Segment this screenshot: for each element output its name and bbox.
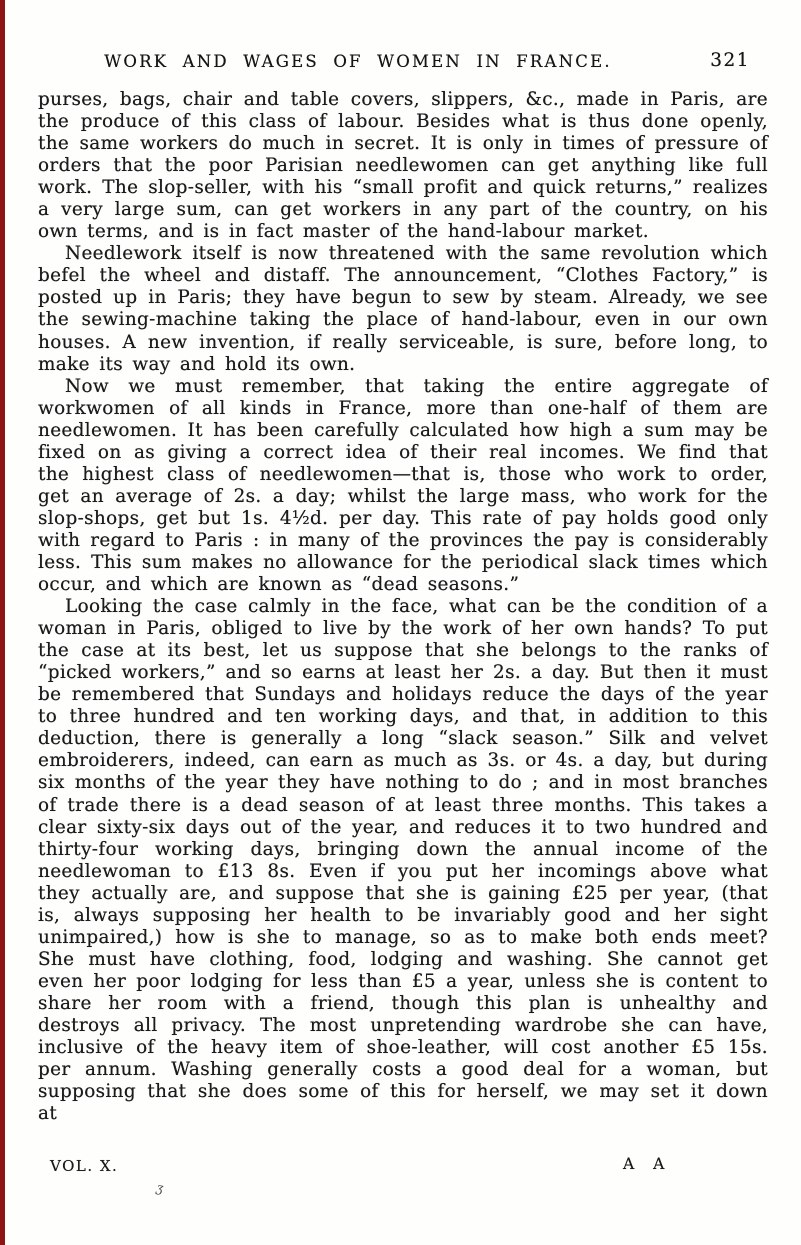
paragraph-4: Looking the case calmly in the face, wha…: [38, 596, 768, 1125]
running-title: WORK AND WAGES OF WOMEN IN FRANCE.: [38, 52, 678, 71]
page-footer: VOL. X. A A ʒ: [38, 1155, 768, 1215]
volume-label: VOL. X.: [50, 1157, 118, 1175]
printer-mark: ʒ: [155, 1180, 165, 1196]
printers-signature: A A: [623, 1155, 671, 1173]
paragraph-3: Now we must remember, that taking the en…: [38, 376, 768, 596]
scanned-book-page: WORK AND WAGES OF WOMEN IN FRANCE. 321 p…: [0, 0, 801, 1245]
page-header: WORK AND WAGES OF WOMEN IN FRANCE. 321: [38, 52, 768, 78]
scan-edge-line: [0, 0, 5, 1245]
paragraph-1: purses, bags, chair and table covers, sl…: [38, 89, 768, 243]
body-text: purses, bags, chair and table covers, sl…: [38, 89, 768, 1125]
page-number: 321: [710, 50, 750, 71]
paragraph-2: Needlework itself is now threatened with…: [38, 243, 768, 375]
